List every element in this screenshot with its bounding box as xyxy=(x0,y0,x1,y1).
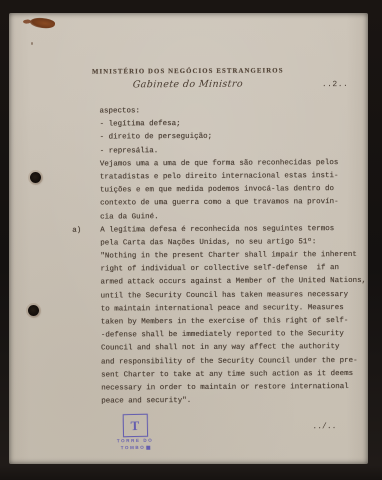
page-number: ..2.. xyxy=(322,80,349,89)
typed-line-text: taken by Members in the exercise of this… xyxy=(101,317,349,327)
stamp-text-line1: TORRE DO xyxy=(109,438,161,445)
typed-line-text: armed attack occurs against a Member of … xyxy=(101,277,367,287)
typed-line-text: contexto de uma guerra como a que travam… xyxy=(100,198,339,207)
stamp-t-logo: T xyxy=(122,414,147,437)
stamp-letter: T xyxy=(130,417,139,433)
typed-line-text: peace and security". xyxy=(101,397,191,406)
typed-line-text: Council and shall not in any way affect … xyxy=(101,343,340,352)
typed-line-text: sent Charter to take at any time such ac… xyxy=(101,370,353,380)
stamp-text-line2: TOMBO xyxy=(109,445,161,452)
office-letterhead: Gabinete do Ministro xyxy=(8,78,368,91)
list-marker: a) xyxy=(72,224,81,237)
typed-content: MINISTÉRIO DOS NEGÓCIOS ESTRANGEIROS Gab… xyxy=(8,12,370,465)
typed-line-text: tratadistas e pelo direito internacional… xyxy=(100,172,339,181)
typed-line-text: necessary in order to maintain or restor… xyxy=(101,383,349,393)
typed-line-text: Vejamos uma a uma de que forma são recon… xyxy=(100,159,339,168)
document-page: MINISTÉRIO DOS NEGÓCIOS ESTRANGEIROS Gab… xyxy=(9,13,368,464)
typed-line-text: until the Security Council has taken mea… xyxy=(101,291,349,301)
ministry-letterhead: MINISTÉRIO DOS NEGÓCIOS ESTRANGEIROS xyxy=(8,67,367,76)
typed-line-text: pela Carta das Nações Unidas, no seu art… xyxy=(100,238,316,247)
continuation-mark: ../.. xyxy=(312,422,336,431)
typed-line-text: - direito de perseguição; xyxy=(100,133,213,142)
typed-line: peace and security". xyxy=(101,394,376,409)
archive-stamp: T TORRE DO TOMBO xyxy=(109,414,162,452)
typed-line-text: to maintain international peace and secu… xyxy=(101,304,344,313)
typed-line-text: and responsibility of the Security Counc… xyxy=(101,357,358,367)
typed-line-text: tuições e em que medida podemos invocá-l… xyxy=(100,185,334,194)
typed-line-text: - legítima defesa; xyxy=(100,120,181,128)
typed-line-text: aspectos: xyxy=(99,107,140,115)
typed-line-text: - represália. xyxy=(100,147,159,155)
typed-line-text: cia da Guiné. xyxy=(100,213,159,221)
typed-line-text: "Nothing in the present Charter shall im… xyxy=(100,251,357,261)
typed-line-text: -defense shall be immediately reported t… xyxy=(101,330,344,339)
typed-text-block: aspectos:- legítima defesa;- direito de … xyxy=(99,104,376,409)
typed-line-text: right of individual or collective self-d… xyxy=(100,264,339,273)
typed-line-text: A legítima defesa é reconhecida nos segu… xyxy=(100,225,334,234)
